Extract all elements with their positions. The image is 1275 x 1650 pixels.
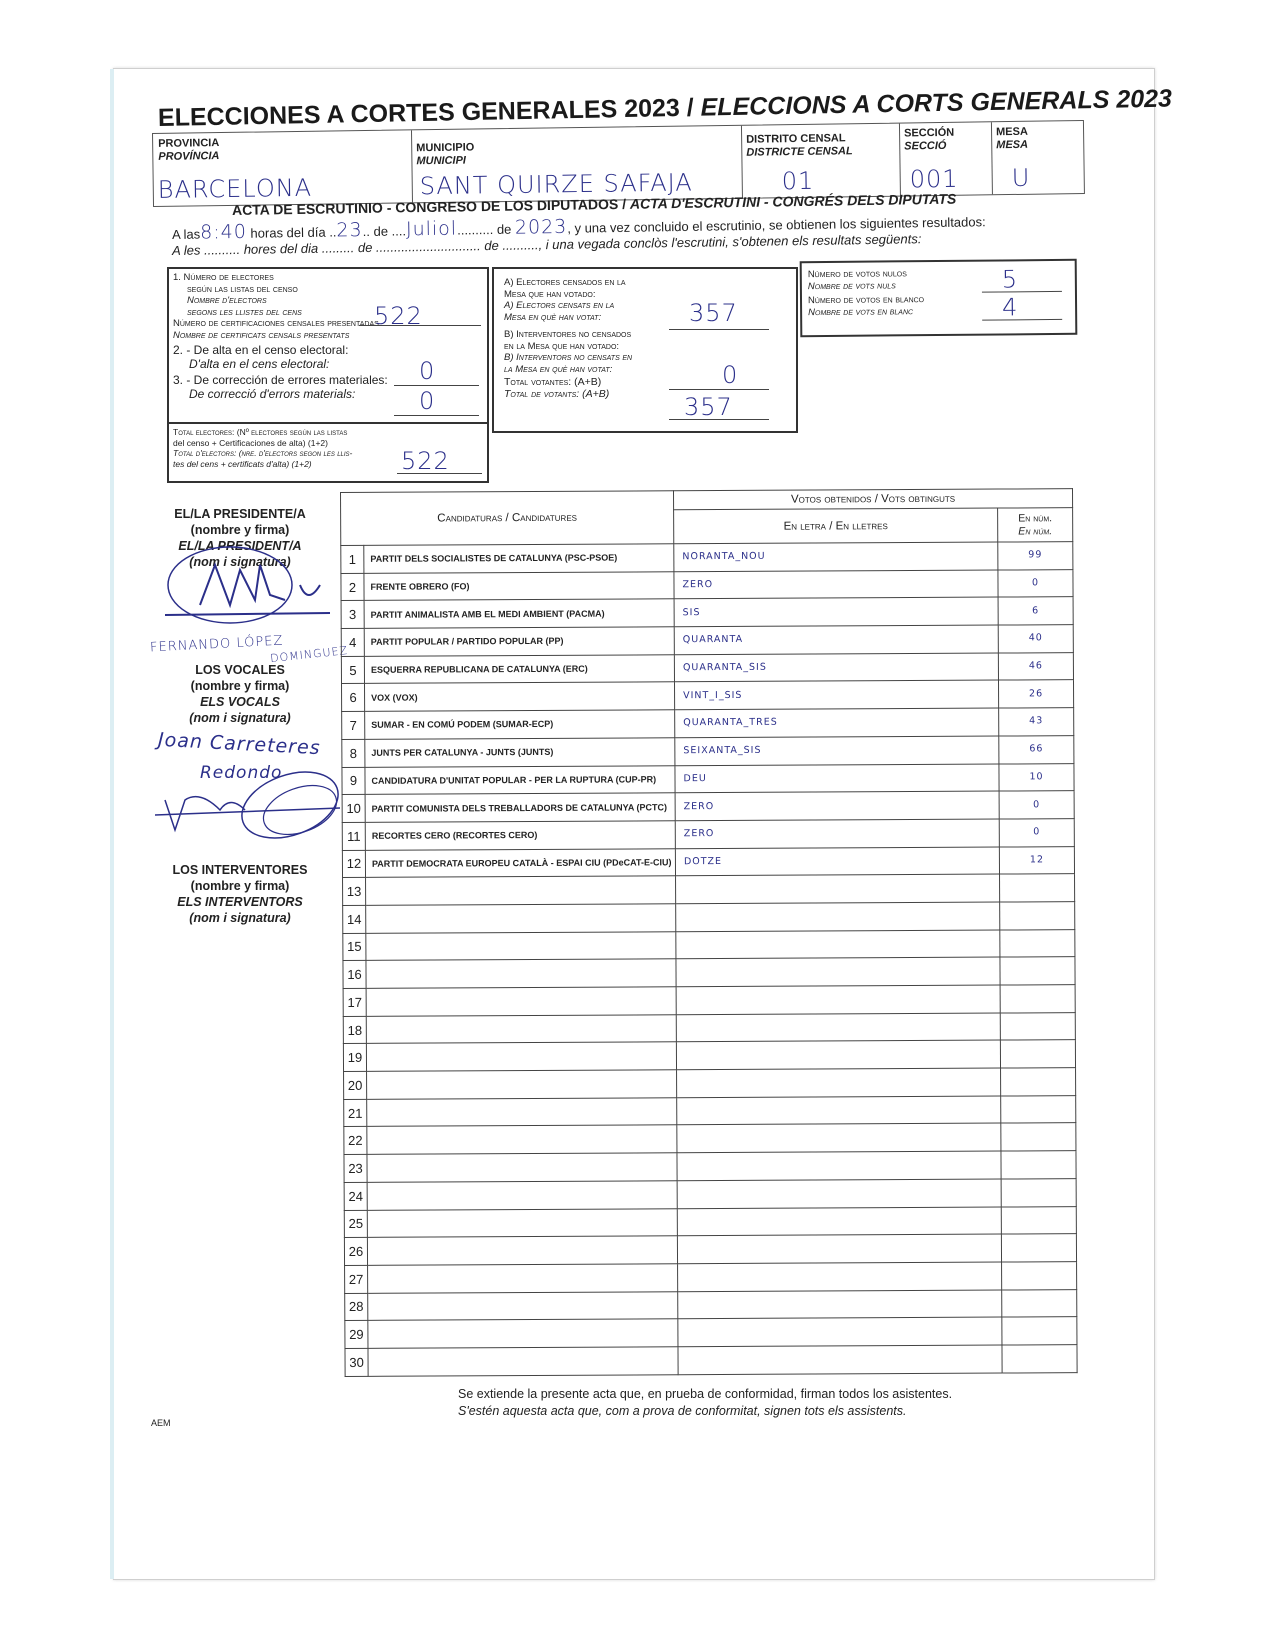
municipio-field: MUNICIPIOMUNICIPI SANT QUIRZE SAFAJA [411, 126, 743, 203]
party-name: VOX (VOX) [365, 682, 675, 711]
interventores-votado-value: 0 [722, 361, 738, 389]
results-table: Candidaturas / Candidatures Votos obteni… [340, 488, 1078, 1376]
row-number: 2 [341, 573, 364, 601]
table-row: 19 [343, 1040, 1075, 1072]
votes-in-numbers [1001, 1234, 1076, 1262]
row-number: 9 [342, 767, 365, 795]
row-number: 29 [345, 1321, 368, 1349]
votes-in-numbers: 46 [998, 652, 1073, 680]
votes-in-letters [676, 1040, 1000, 1069]
row-number: 5 [341, 656, 364, 684]
form-code: AEM [151, 1418, 171, 1428]
table-row: 4PARTIT POPULAR / PARTIDO POPULAR (PP)QU… [341, 625, 1073, 657]
votes-in-numbers [1000, 874, 1075, 902]
party-name [367, 1125, 677, 1154]
votes-in-numbers: 0 [999, 791, 1074, 819]
table-row: 23 [344, 1151, 1076, 1183]
vocales-signature-block: LOS VOCALES (nombre y firma) ELS VOCALS … [145, 662, 335, 726]
party-name [366, 1014, 676, 1043]
nulos-blanco-box: Número de votos nulos Nombre de vots nul… [800, 259, 1078, 337]
censados-votado-value: 357 [689, 299, 738, 327]
row-number: 26 [344, 1238, 367, 1266]
col-num: En núm.En núm. [998, 508, 1073, 542]
alta-value: 0 [419, 357, 435, 385]
table-row: 15 [343, 929, 1075, 961]
row-number: 4 [341, 628, 364, 656]
row-number: 7 [342, 711, 365, 739]
table-row: 13 [343, 874, 1075, 906]
row-number: 13 [343, 878, 366, 906]
party-name [368, 1319, 678, 1348]
votes-in-letters: QUARANTA [674, 625, 998, 654]
row-number: 8 [342, 739, 365, 767]
row-number: 16 [343, 961, 366, 989]
votes-in-letters [677, 1234, 1001, 1263]
table-row: 20 [344, 1068, 1076, 1100]
table-row: 29 [345, 1317, 1077, 1349]
votes-in-letters: DEU [675, 764, 999, 793]
votes-in-letters [677, 1123, 1001, 1152]
votes-in-numbers [1000, 1040, 1075, 1068]
votes-in-numbers [1001, 1068, 1076, 1096]
votes-in-numbers: 6 [998, 597, 1073, 625]
table-row: 6VOX (VOX)VINT_I_SIS26 [342, 680, 1074, 712]
votes-in-numbers: 40 [998, 625, 1073, 653]
votes-in-numbers: 66 [999, 735, 1074, 763]
votes-in-letters [676, 930, 1000, 959]
votes-in-letters: ZERO [674, 570, 998, 599]
party-name: PARTIT COMUNISTA DELS TREBALLADORS DE CA… [365, 793, 675, 822]
seccion-value: 001 [910, 165, 959, 194]
party-name [367, 1236, 677, 1265]
col-letra: En letra / En lletres [674, 508, 998, 543]
total-electores-value: 522 [401, 447, 450, 475]
votes-in-numbers [1000, 957, 1075, 985]
table-row: 12PARTIT DEMOCRATA EUROPEU CATALÀ - ESPA… [342, 846, 1074, 878]
party-name [366, 904, 676, 933]
distrito-value: 01 [782, 167, 815, 195]
party-name: ESQUERRA REPUBLICANA DE CATALUNYA (ERC) [364, 655, 674, 684]
party-name [368, 1291, 678, 1320]
votes-in-letters: SIS [674, 597, 998, 626]
party-name [368, 1347, 678, 1376]
votes-in-letters: QUARANTA_TRES [675, 708, 999, 737]
row-number: 21 [344, 1099, 367, 1127]
table-row: 21 [344, 1095, 1076, 1127]
party-name [366, 987, 676, 1016]
votes-in-numbers [1002, 1289, 1077, 1317]
dia-value: 23 [336, 219, 363, 241]
table-row: 10PARTIT COMUNISTA DELS TREBALLADORS DE … [342, 791, 1074, 823]
votes-in-letters [676, 985, 1000, 1014]
table-row: 2FRENTE OBRERO (FO)ZERO0 [341, 569, 1073, 601]
party-name [366, 959, 676, 988]
votes-in-letters: DOTZE [675, 847, 999, 876]
party-name: RECORTES CERO (RECORTES CERO) [365, 821, 675, 850]
party-name [366, 931, 676, 960]
row-number: 12 [342, 850, 365, 878]
votes-in-numbers [1000, 902, 1075, 930]
table-row: 18 [343, 1012, 1075, 1044]
row-number: 11 [342, 822, 365, 850]
table-row: 27 [345, 1262, 1077, 1294]
row-number: 30 [345, 1348, 368, 1376]
votes-in-letters [678, 1345, 1002, 1374]
votes-in-numbers: 26 [998, 680, 1073, 708]
votes-in-numbers: 10 [999, 763, 1074, 791]
votos-blanco-value: 4 [1002, 293, 1019, 321]
votes-in-letters [678, 1262, 1002, 1291]
votes-in-numbers [1000, 1012, 1075, 1040]
party-name: PARTIT ANIMALISTA AMB EL MEDI AMBIENT (P… [364, 599, 674, 628]
votes-in-numbers [1000, 985, 1075, 1013]
anio-value: 2023 [515, 216, 568, 239]
table-row: 3PARTIT ANIMALISTA AMB EL MEDI AMBIENT (… [341, 597, 1073, 629]
party-name [366, 1042, 676, 1071]
row-number: 17 [343, 988, 366, 1016]
votes-in-letters [677, 1207, 1001, 1236]
votes-in-letters: NORANTA_NOU [674, 542, 998, 571]
mesa-field: MESAMESA U [991, 121, 1082, 194]
provincia-value: BARCELONA [158, 174, 313, 204]
row-number: 1 [341, 545, 364, 573]
party-name: PARTIT DELS SOCIALISTES DE CATALUNYA (PS… [364, 544, 674, 573]
votes-in-letters [677, 1096, 1001, 1125]
party-name: CANDIDATURA D'UNITAT POPULAR - PER LA RU… [365, 765, 675, 794]
party-name: SUMAR - EN COMÚ PODEM (SUMAR-ECP) [365, 710, 675, 739]
table-row: 11RECORTES CERO (RECORTES CERO)ZERO0 [342, 819, 1074, 851]
votes-in-numbers [1001, 1151, 1076, 1179]
col-votos: Votos obtenidos / Vots obtinguts [673, 489, 1072, 510]
row-number: 25 [344, 1210, 367, 1238]
row-number: 3 [341, 601, 364, 629]
party-name [366, 876, 676, 905]
party-name: JUNTS PER CATALUNYA - JUNTS (JUNTS) [365, 738, 675, 767]
mes-value: Juliol [406, 218, 457, 241]
votes-in-numbers [1001, 1206, 1076, 1234]
party-name [367, 1181, 677, 1210]
distrito-field: DISTRITO CENSALDISTRICTE CENSAL 01 [741, 124, 901, 198]
row-number: 19 [343, 1044, 366, 1072]
party-name [367, 1153, 677, 1182]
seccion-field: SECCIÓNSECCIÓ 001 [899, 122, 993, 195]
table-row: 17 [343, 985, 1075, 1017]
party-name [367, 1070, 677, 1099]
votes-in-numbers: 0 [998, 569, 1073, 597]
votes-in-numbers [1001, 1178, 1076, 1206]
votes-in-letters [676, 902, 1000, 931]
mesa-value: U [1012, 164, 1031, 192]
table-row: 8JUNTS PER CATALUNYA - JUNTS (JUNTS)SEIX… [342, 735, 1074, 767]
votes-in-letters: VINT_I_SIS [675, 680, 999, 709]
votes-in-numbers [1002, 1317, 1077, 1345]
votes-in-letters [677, 1151, 1001, 1180]
table-row: 30 [345, 1345, 1077, 1377]
correccion-value: 0 [419, 387, 435, 415]
table-row: 16 [343, 957, 1075, 989]
votes-in-numbers [1001, 1123, 1076, 1151]
votes-in-numbers: 12 [999, 846, 1074, 874]
row-number: 27 [345, 1265, 368, 1293]
table-row: 7SUMAR - EN COMÚ PODEM (SUMAR-ECP)QUARAN… [342, 708, 1074, 740]
votes-in-letters [677, 1179, 1001, 1208]
col-candidaturas: Candidaturas / Candidatures [341, 491, 674, 546]
row-number: 15 [343, 933, 366, 961]
party-name [367, 1208, 677, 1237]
electores-box: 1. Número de electores según las listas … [167, 267, 489, 483]
table-row: 22 [344, 1123, 1076, 1155]
table-row: 24 [344, 1178, 1076, 1210]
table-row: 9CANDIDATURA D'UNITAT POPULAR - PER LA R… [342, 763, 1074, 795]
table-row: 5ESQUERRA REPUBLICANA DE CATALUNYA (ERC)… [341, 652, 1073, 684]
interventores-signature-block: LOS INTERVENTORES (nombre y firma) ELS I… [145, 862, 335, 926]
party-name: FRENTE OBRERO (FO) [364, 571, 674, 600]
votes-in-letters: SEIXANTA_SIS [675, 736, 999, 765]
table-row: 28 [345, 1289, 1077, 1321]
party-name [367, 1097, 677, 1126]
votes-in-numbers: 43 [999, 708, 1074, 736]
table-row: 25 [344, 1206, 1076, 1238]
votes-in-numbers [1000, 929, 1075, 957]
votes-in-numbers: 0 [999, 819, 1074, 847]
votes-in-numbers [1002, 1345, 1077, 1373]
row-number: 20 [344, 1071, 367, 1099]
row-number: 28 [345, 1293, 368, 1321]
row-number: 10 [342, 795, 365, 823]
votes-in-letters: QUARANTA_SIS [674, 653, 998, 682]
presidente-signature [160, 545, 340, 640]
votes-in-numbers [1002, 1262, 1077, 1290]
votes-in-letters: ZERO [675, 791, 999, 820]
row-number: 22 [344, 1127, 367, 1155]
hora-value: 8:40 [200, 221, 247, 244]
table-row: 26 [344, 1234, 1076, 1266]
row-number: 14 [343, 905, 366, 933]
total-votantes-value: 357 [684, 393, 733, 421]
votos-nulos-value: 5 [1002, 265, 1019, 293]
party-name: PARTIT DEMOCRATA EUROPEU CATALÀ - ESPAI … [365, 848, 675, 877]
votes-in-numbers [1001, 1095, 1076, 1123]
row-number: 6 [342, 684, 365, 712]
party-name: PARTIT POPULAR / PARTIDO POPULAR (PP) [364, 627, 674, 656]
votantes-box: A) Electores censados en la Mesa que han… [492, 267, 798, 433]
votes-in-letters: ZERO [675, 819, 999, 848]
votes-in-numbers: 99 [998, 542, 1073, 570]
row-number: 24 [344, 1182, 367, 1210]
votes-in-letters [676, 874, 1000, 903]
row-number: 18 [343, 1016, 366, 1044]
votes-in-letters [676, 1013, 1000, 1042]
votes-in-letters [678, 1290, 1002, 1319]
votes-in-letters [678, 1317, 1002, 1346]
table-row: 1PARTIT DELS SOCIALISTES DE CATALUNYA (P… [341, 542, 1073, 574]
footer-note: Se extiende la presente acta que, en pru… [458, 1386, 952, 1420]
table-row: 14 [343, 902, 1075, 934]
vocales-signature [150, 770, 350, 850]
provincia-field: PROVINCIAPROVÍNCIA BARCELONA [153, 130, 413, 206]
votes-in-letters [677, 1068, 1001, 1097]
row-number: 23 [344, 1154, 367, 1182]
votes-in-letters [676, 957, 1000, 986]
party-name [368, 1264, 678, 1293]
